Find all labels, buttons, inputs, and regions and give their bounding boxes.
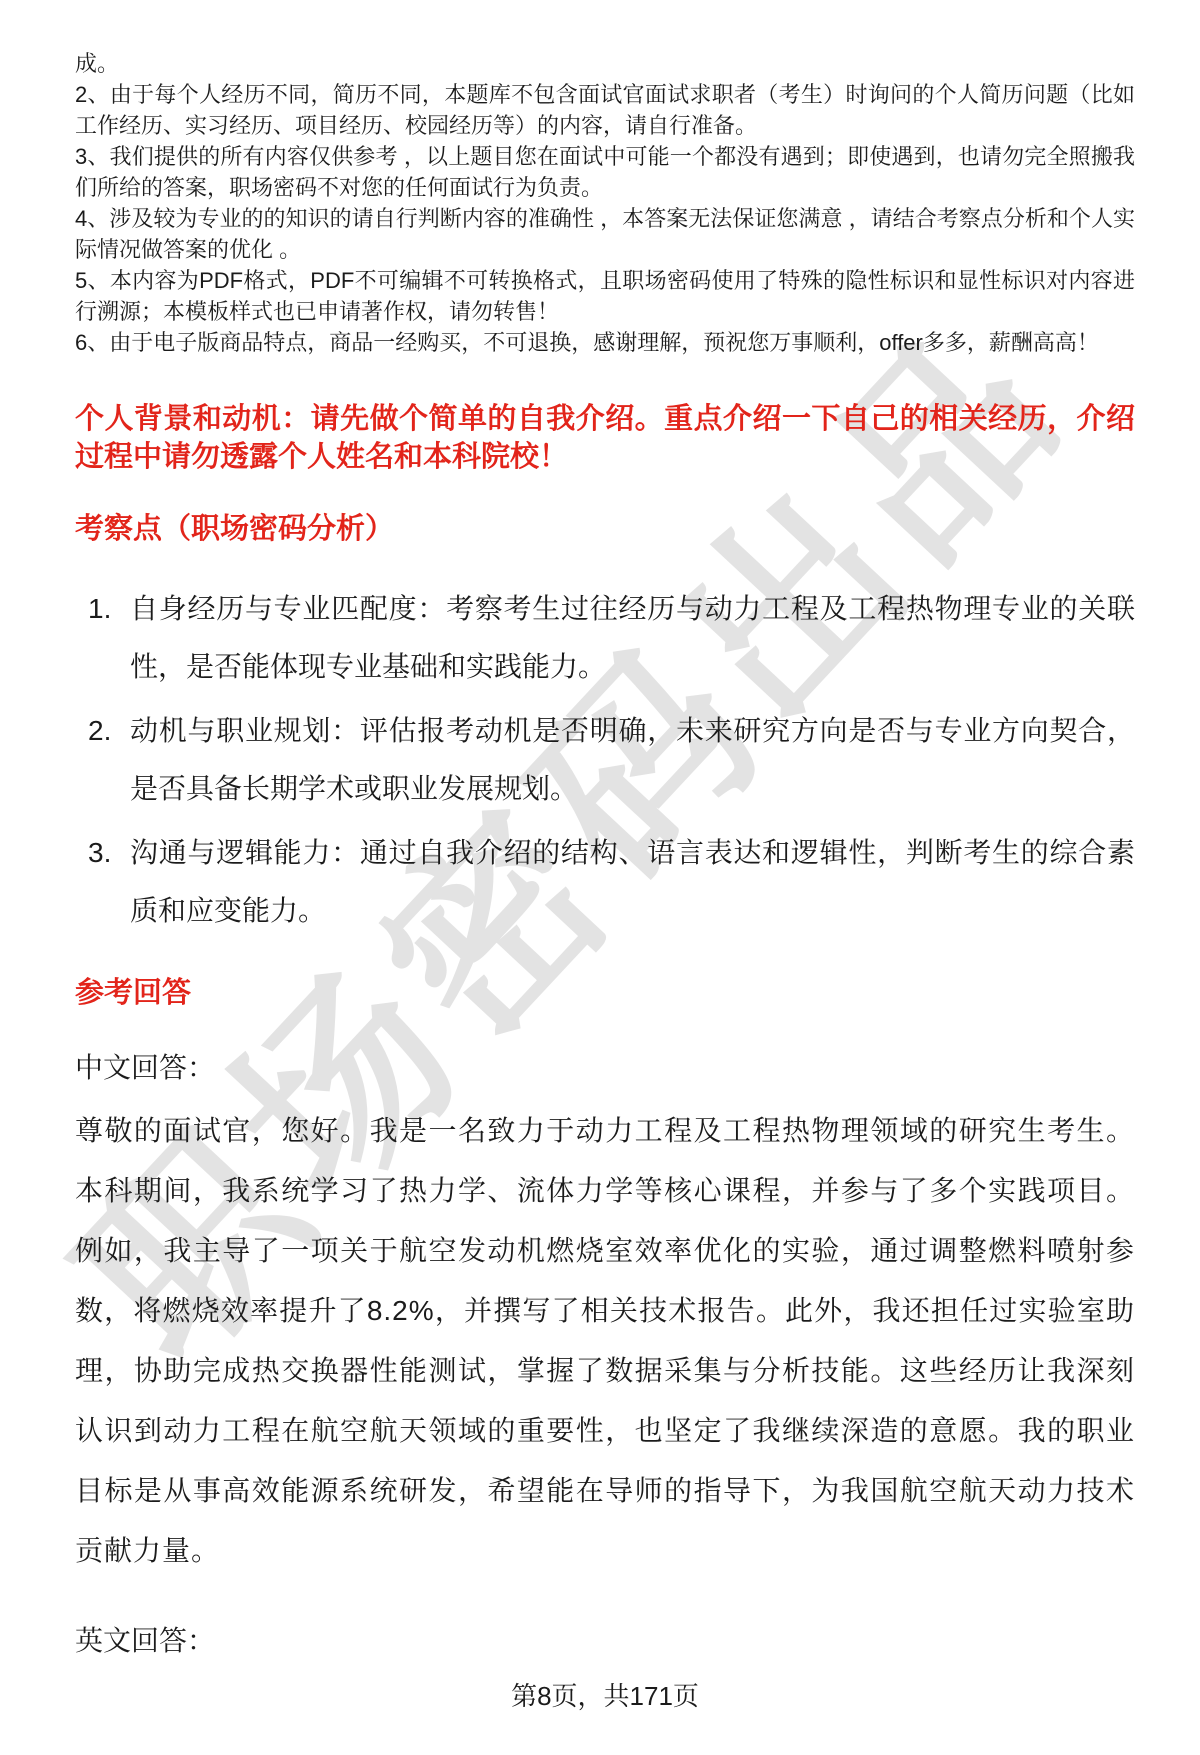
- english-answer-label: 英文回答：: [75, 1621, 1135, 1661]
- disclaimer-item-4: 4、涉及较为专业的的知识的请自行判断内容的准确性 ，本答案无法保证您满意 ，请结…: [75, 203, 1135, 265]
- list-marker: 3.: [75, 824, 130, 940]
- list-marker: 1.: [75, 580, 130, 696]
- analysis-point-3: 3. 沟通与逻辑能力：通过自我介绍的结构、语言表达和逻辑性，判断考生的综合素质和…: [75, 824, 1135, 940]
- chinese-answer-paragraph: 尊敬的面试官，您好。我是一名致力于动力工程及工程热物理领域的研究生考生。本科期间…: [75, 1101, 1135, 1581]
- pdf-page: 职场密码出品 成。 2、由于每个人经历不同，简历不同，本题库不包含面试官面试求职…: [0, 0, 1200, 1755]
- analysis-points-list: 1. 自身经历与专业匹配度：考察考生过往经历与动力工程及工程热物理专业的关联性，…: [75, 580, 1135, 940]
- analysis-section-heading: 考察点（职场密码分析）: [75, 510, 1135, 548]
- reference-answer-heading: 参考回答: [75, 974, 1135, 1012]
- chinese-answer-label: 中文回答：: [75, 1048, 1135, 1088]
- disclaimer-block: 成。 2、由于每个人经历不同，简历不同，本题库不包含面试官面试求职者（考生）时询…: [75, 48, 1135, 358]
- page-content: 成。 2、由于每个人经历不同，简历不同，本题库不包含面试官面试求职者（考生）时询…: [0, 0, 1200, 1713]
- analysis-point-text: 动机与职业规划：评估报考动机是否明确，未来研究方向是否与专业方向契合，是否具备长…: [130, 702, 1135, 818]
- disclaimer-item-5: 5、本内容为PDF格式，PDF不可编辑不可转换格式，且职场密码使用了特殊的隐性标…: [75, 265, 1135, 327]
- list-marker: 2.: [75, 702, 130, 818]
- disclaimer-item-2: 2、由于每个人经历不同，简历不同，本题库不包含面试官面试求职者（考生）时询问的个…: [75, 79, 1135, 141]
- interview-question-heading: 个人背景和动机：请先做个简单的自我介绍。重点介绍一下自己的相关经历，介绍过程中请…: [75, 400, 1135, 476]
- analysis-point-2: 2. 动机与职业规划：评估报考动机是否明确，未来研究方向是否与专业方向契合，是否…: [75, 702, 1135, 818]
- analysis-point-text: 自身经历与专业匹配度：考察考生过往经历与动力工程及工程热物理专业的关联性，是否能…: [130, 580, 1135, 696]
- analysis-point-text: 沟通与逻辑能力：通过自我介绍的结构、语言表达和逻辑性，判断考生的综合素质和应变能…: [130, 824, 1135, 940]
- disclaimer-line: 成。: [75, 48, 1135, 79]
- disclaimer-item-6: 6、由于电子版商品特点，商品一经购买，不可退换，感谢理解，预祝您万事顺利，off…: [75, 327, 1135, 358]
- disclaimer-item-3: 3、我们提供的所有内容仅供参考 ，以上题目您在面试中可能一个都没有遇到；即使遇到…: [75, 141, 1135, 203]
- page-number-indicator: 第8页，共171页: [75, 1679, 1135, 1713]
- analysis-point-1: 1. 自身经历与专业匹配度：考察考生过往经历与动力工程及工程热物理专业的关联性，…: [75, 580, 1135, 696]
